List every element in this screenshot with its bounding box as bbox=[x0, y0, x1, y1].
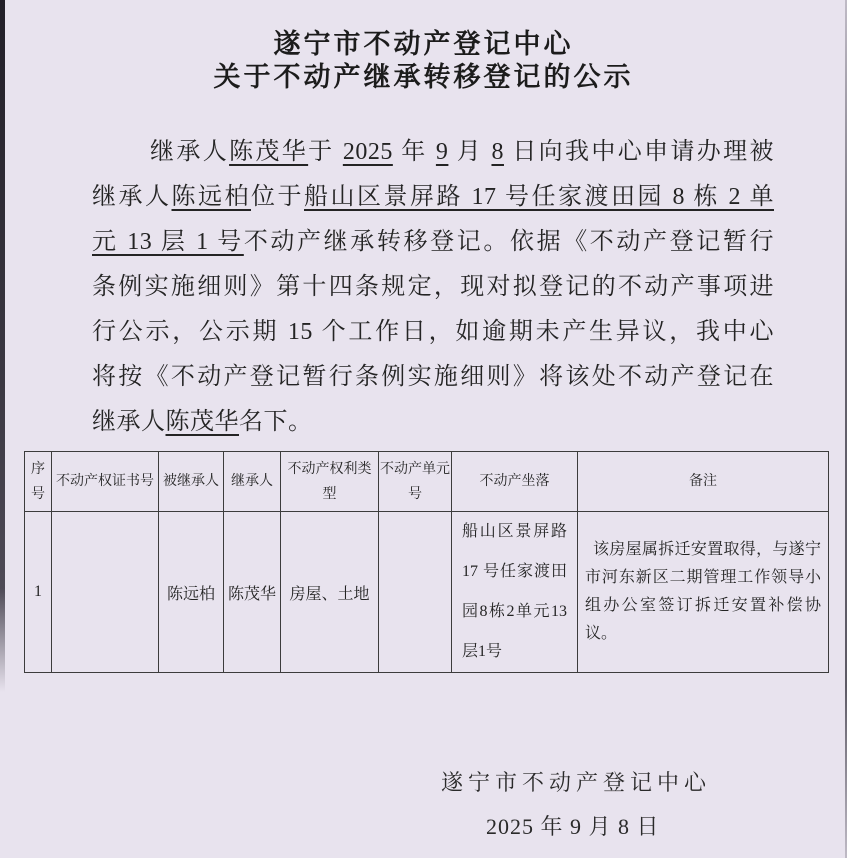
cell-unit-number bbox=[379, 512, 452, 673]
notice-body: 继承人陈茂华于 2025 年 9 月 8 日向我中心申请办理被 继承人陈远柏位于… bbox=[92, 130, 774, 445]
body-text: 名下。 bbox=[239, 409, 313, 435]
body-text: 继承人 bbox=[150, 139, 229, 165]
document-title: 遂宁市不动产登记中心 关于不动产继承转移登记的公示 bbox=[0, 28, 847, 94]
registration-table: 序号 不动产权证书号 被继承人 继承人 不动产权利类型 不动产单元号 不动产坐落… bbox=[24, 451, 829, 673]
header-location: 不动产坐落 bbox=[452, 452, 578, 512]
body-text: 不动产继承转移登记。依据《不动产登记暂行 bbox=[244, 229, 774, 255]
header-unit-number: 不动产单元号 bbox=[379, 452, 452, 512]
body-text: 行公示，公示期 15 个工作日，如逾期未产生异议，我中心 bbox=[92, 319, 774, 345]
remark-line: 议。 bbox=[585, 620, 821, 648]
remark-line: 组办公室签订拆迁安置补偿协 bbox=[585, 592, 821, 620]
remark-line: 市河东新区二期管理工作领导小 bbox=[585, 564, 821, 592]
location-line: 园8栋2单元13 bbox=[462, 592, 567, 632]
body-text: 于 bbox=[308, 139, 343, 165]
underlined-address: 船山区景屏路 17 号任家渡田园 8 栋 2 单 bbox=[304, 184, 774, 210]
header-certificate-number: 不动产权证书号 bbox=[52, 452, 159, 512]
body-text: 年 bbox=[393, 139, 436, 165]
underlined-year: 2025 bbox=[343, 139, 393, 165]
header-serial-number: 序号 bbox=[25, 452, 52, 512]
body-line: 将按《不动产登记暂行条例实施细则》将该处不动产登记在 bbox=[92, 355, 774, 400]
table-row: 1 陈远柏 陈茂华 房屋、土地 船山区景屏路 17 号任家渡田 园8栋2单元13… bbox=[25, 512, 829, 673]
body-text: 位于 bbox=[251, 184, 304, 210]
cell-right-type: 房屋、土地 bbox=[281, 512, 379, 673]
body-line: 继承人陈茂华名下。 bbox=[92, 400, 774, 445]
underlined-name: 陈茂华 bbox=[229, 139, 308, 165]
header-decedent: 被继承人 bbox=[159, 452, 224, 512]
body-line: 元 13 层 1 号不动产继承转移登记。依据《不动产登记暂行 bbox=[92, 220, 774, 265]
location-line: 17 号任家渡田 bbox=[462, 552, 567, 592]
title-line-1: 遂宁市不动产登记中心 bbox=[0, 28, 847, 61]
scanned-notice-document: 遂宁市不动产登记中心 关于不动产继承转移登记的公示 继承人陈茂华于 2025 年… bbox=[0, 0, 847, 858]
signature-organization: 遂宁市不动产登记中心 bbox=[441, 766, 711, 797]
body-text: 继承人 bbox=[92, 409, 166, 435]
underlined-name: 陈茂华 bbox=[166, 409, 240, 435]
cell-location: 船山区景屏路 17 号任家渡田 园8栋2单元13 层1号 bbox=[452, 512, 578, 673]
header-right-type: 不动产权利类型 bbox=[281, 452, 379, 512]
signature-date: 2025 年 9 月 8 日 bbox=[486, 810, 660, 841]
cell-serial-number: 1 bbox=[25, 512, 52, 673]
underlined-day: 8 bbox=[491, 139, 504, 165]
scan-artifact-left-edge bbox=[0, 0, 5, 692]
body-text: 日向我中心申请办理被 bbox=[504, 139, 774, 165]
table-header-row: 序号 不动产权证书号 被继承人 继承人 不动产权利类型 不动产单元号 不动产坐落… bbox=[25, 452, 829, 512]
cell-decedent: 陈远柏 bbox=[159, 512, 224, 673]
underlined-month: 9 bbox=[436, 139, 449, 165]
title-line-2: 关于不动产继承转移登记的公示 bbox=[0, 61, 847, 94]
body-line: 行公示，公示期 15 个工作日，如逾期未产生异议，我中心 bbox=[92, 310, 774, 355]
cell-certificate-number bbox=[52, 512, 159, 673]
body-text: 月 bbox=[448, 139, 491, 165]
body-line: 继承人陈茂华于 2025 年 9 月 8 日向我中心申请办理被 bbox=[92, 130, 774, 175]
remark-line: 该房屋属拆迁安置取得，与遂宁 bbox=[585, 536, 821, 564]
location-line: 层1号 bbox=[462, 632, 567, 672]
body-text: 继承人 bbox=[92, 184, 172, 210]
underlined-address: 元 13 层 1 号 bbox=[92, 229, 244, 255]
location-line: 船山区景屏路 bbox=[462, 512, 567, 552]
body-text: 条例实施细则》第十四条规定，现对拟登记的不动产事项进 bbox=[92, 274, 774, 300]
body-line: 条例实施细则》第十四条规定，现对拟登记的不动产事项进 bbox=[92, 265, 774, 310]
header-heir: 继承人 bbox=[224, 452, 281, 512]
underlined-name: 陈远柏 bbox=[172, 184, 252, 210]
body-line: 继承人陈远柏位于船山区景屏路 17 号任家渡田园 8 栋 2 单 bbox=[92, 175, 774, 220]
cell-remarks: 该房屋属拆迁安置取得，与遂宁 市河东新区二期管理工作领导小 组办公室签订拆迁安置… bbox=[578, 512, 829, 673]
body-text: 将按《不动产登记暂行条例实施细则》将该处不动产登记在 bbox=[92, 364, 774, 390]
cell-heir: 陈茂华 bbox=[224, 512, 281, 673]
header-remarks: 备注 bbox=[578, 452, 829, 512]
